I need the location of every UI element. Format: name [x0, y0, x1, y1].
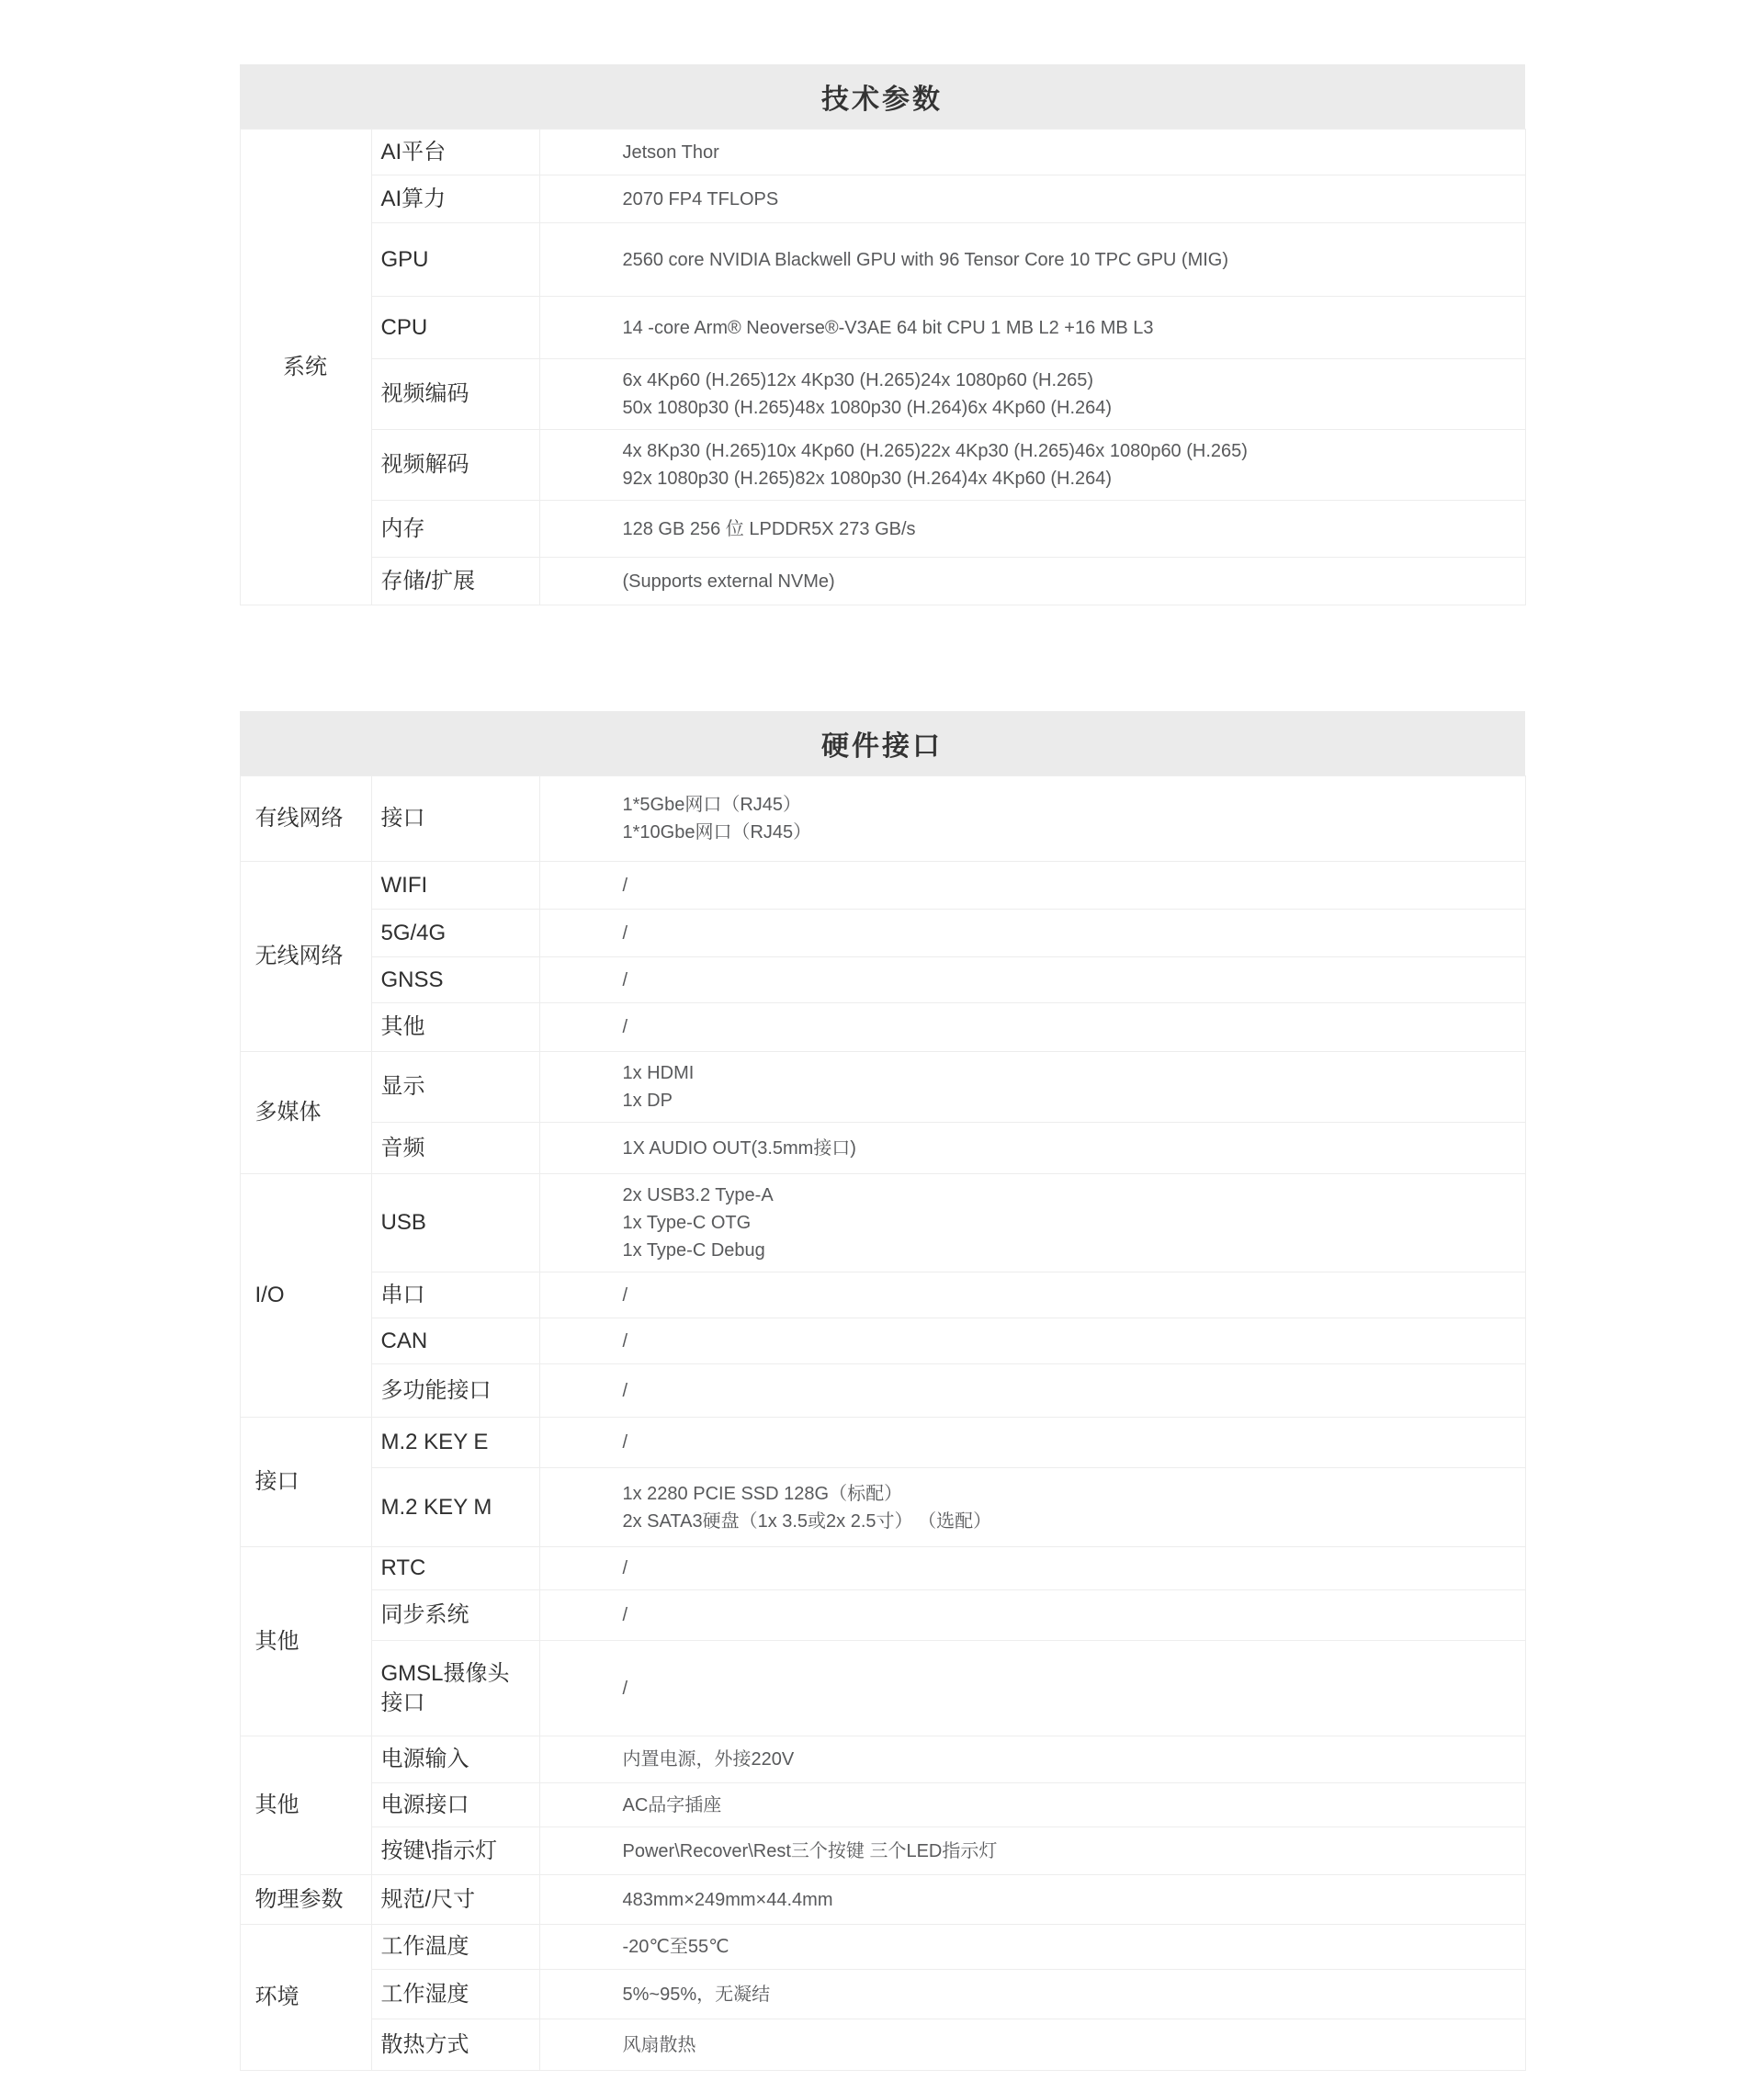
- spec-label-sync-system: 同步系统: [371, 1590, 539, 1641]
- spec-label-dimensions: 规范/尺寸: [371, 1875, 539, 1925]
- spec-label-operating-humidity: 工作湿度: [371, 1970, 539, 2019]
- spec-label-multifunction-port: 多功能接口: [371, 1364, 539, 1418]
- table-row: 按键\指示灯 Power\Recover\Rest三个按键 三个LED指示灯: [240, 1827, 1525, 1875]
- spec-value-power-input: 内置电源，外接220V: [539, 1736, 1525, 1783]
- spec-label-memory: 内存: [371, 501, 539, 558]
- spec-value-video-encode: 6x 4Kp60 (H.265)12x 4Kp30 (H.265)24x 108…: [539, 359, 1525, 430]
- table-row: GMSL摄像头 接口 /: [240, 1641, 1525, 1736]
- category-cell-environment: 环境: [240, 1925, 371, 2071]
- spec-label-gpu: GPU: [371, 223, 539, 297]
- section-gap: [240, 605, 1525, 711]
- table-row: 同步系统 /: [240, 1590, 1525, 1641]
- category-cell-other-2: 其他: [240, 1736, 371, 1875]
- table-row: 有线网络 接口 1*5Gbe网口（RJ45） 1*10Gbe网口（RJ45）: [240, 776, 1525, 862]
- table-row: CPU 14 -core Arm® Neoverse®-V3AE 64 bit …: [240, 297, 1525, 359]
- spec-value-cpu: 14 -core Arm® Neoverse®-V3AE 64 bit CPU …: [539, 297, 1525, 359]
- spec-value-ai-platform: Jetson Thor: [539, 130, 1525, 175]
- spec-label-gmsl-camera: GMSL摄像头 接口: [371, 1641, 539, 1736]
- table-row: 无线网络 WIFI /: [240, 862, 1525, 910]
- spec-label-wireless-other: 其他: [371, 1003, 539, 1052]
- spec-value-cooling: 风扇散热: [539, 2019, 1525, 2071]
- technical-parameters-grid: 系统 AI平台 Jetson Thor AI算力 2070 FP4 TFLOPS…: [240, 129, 1526, 605]
- technical-parameters-title: 技术参数: [240, 64, 1525, 129]
- spec-label-power-connector: 电源接口: [371, 1783, 539, 1827]
- spec-label-rtc: RTC: [371, 1547, 539, 1590]
- spec-value-m2-key-m: 1x 2280 PCIE SSD 128G（标配） 2x SATA3硬盘（1x …: [539, 1468, 1525, 1547]
- table-row: 其他 /: [240, 1003, 1525, 1052]
- table-row: 内存 128 GB 256 位 LPDDR5X 273 GB/s: [240, 501, 1525, 558]
- spec-label-ai-platform: AI平台: [371, 130, 539, 175]
- table-row: 视频编码 6x 4Kp60 (H.265)12x 4Kp30 (H.265)24…: [240, 359, 1525, 430]
- spec-label-5g4g: 5G/4G: [371, 910, 539, 957]
- spec-label-buttons-leds: 按键\指示灯: [371, 1827, 539, 1875]
- spec-label-m2-key-e: M.2 KEY E: [371, 1418, 539, 1468]
- category-cell-interfaces: 接口: [240, 1418, 371, 1547]
- hardware-interfaces-title: 硬件接口: [240, 711, 1525, 775]
- spec-label-power-input: 电源输入: [371, 1736, 539, 1783]
- table-row: CAN /: [240, 1318, 1525, 1364]
- spec-label-wired-ports: 接口: [371, 776, 539, 862]
- category-cell-wireless-network: 无线网络: [240, 862, 371, 1052]
- spec-value-memory: 128 GB 256 位 LPDDR5X 273 GB/s: [539, 501, 1525, 558]
- table-row: M.2 KEY M 1x 2280 PCIE SSD 128G（标配） 2x S…: [240, 1468, 1525, 1547]
- table-row: 存储/扩展 (Supports external NVMe): [240, 558, 1525, 605]
- spec-label-usb: USB: [371, 1174, 539, 1272]
- table-row: 物理参数 规范/尺寸 483mm×249mm×44.4mm: [240, 1875, 1525, 1925]
- spec-value-5g4g: /: [539, 910, 1525, 957]
- spec-value-rtc: /: [539, 1547, 1525, 1590]
- spec-label-m2-key-m: M.2 KEY M: [371, 1468, 539, 1547]
- spec-value-wireless-other: /: [539, 1003, 1525, 1052]
- spec-value-ai-compute: 2070 FP4 TFLOPS: [539, 175, 1525, 223]
- table-row: 环境 工作温度 -20℃至55℃: [240, 1925, 1525, 1970]
- table-row: 电源接口 AC品字插座: [240, 1783, 1525, 1827]
- spec-value-gpu: 2560 core NVIDIA Blackwell GPU with 96 T…: [539, 223, 1525, 297]
- spec-value-wired-ports: 1*5Gbe网口（RJ45） 1*10Gbe网口（RJ45）: [539, 776, 1525, 862]
- category-cell-other-1: 其他: [240, 1547, 371, 1736]
- spec-value-m2-key-e: /: [539, 1418, 1525, 1468]
- table-row: 视频解码 4x 8Kp30 (H.265)10x 4Kp60 (H.265)22…: [240, 430, 1525, 501]
- spec-label-video-encode: 视频编码: [371, 359, 539, 430]
- spec-label-serial: 串口: [371, 1272, 539, 1318]
- spec-value-sync-system: /: [539, 1590, 1525, 1641]
- spec-value-dimensions: 483mm×249mm×44.4mm: [539, 1875, 1525, 1925]
- spec-label-ai-compute: AI算力: [371, 175, 539, 223]
- category-cell-io: I/O: [240, 1174, 371, 1418]
- spec-label-cpu: CPU: [371, 297, 539, 359]
- spec-label-gnss: GNSS: [371, 957, 539, 1003]
- spec-value-audio: 1X AUDIO OUT(3.5mm接口): [539, 1123, 1525, 1174]
- table-row: 多媒体 显示 1x HDMI 1x DP: [240, 1052, 1525, 1123]
- spec-value-video-decode: 4x 8Kp30 (H.265)10x 4Kp60 (H.265)22x 4Kp…: [539, 430, 1525, 501]
- spec-value-operating-temperature: -20℃至55℃: [539, 1925, 1525, 1970]
- table-row: 散热方式 风扇散热: [240, 2019, 1525, 2071]
- hardware-interfaces-table: 硬件接口 有线网络 接口 1*5Gbe网口（RJ45） 1*10Gbe网口（RJ…: [240, 711, 1525, 2071]
- table-row: 其他 RTC /: [240, 1547, 1525, 1590]
- table-row: 接口 M.2 KEY E /: [240, 1418, 1525, 1468]
- table-row: GNSS /: [240, 957, 1525, 1003]
- spec-label-operating-temperature: 工作温度: [371, 1925, 539, 1970]
- table-row: 其他 电源输入 内置电源，外接220V: [240, 1736, 1525, 1783]
- spec-value-storage: (Supports external NVMe): [539, 558, 1525, 605]
- spec-value-gmsl-camera: /: [539, 1641, 1525, 1736]
- spec-label-can: CAN: [371, 1318, 539, 1364]
- hardware-interfaces-grid: 有线网络 接口 1*5Gbe网口（RJ45） 1*10Gbe网口（RJ45） 无…: [240, 775, 1526, 2071]
- technical-parameters-table: 技术参数 系统 AI平台 Jetson Thor AI算力 2070 FP4 T…: [240, 64, 1525, 605]
- spec-value-operating-humidity: 5%~95%，无凝结: [539, 1970, 1525, 2019]
- spec-value-gnss: /: [539, 957, 1525, 1003]
- spec-label-video-decode: 视频解码: [371, 430, 539, 501]
- category-cell-physical: 物理参数: [240, 1875, 371, 1925]
- table-row: 工作湿度 5%~95%，无凝结: [240, 1970, 1525, 2019]
- table-row: 系统 AI平台 Jetson Thor: [240, 130, 1525, 175]
- table-row: I/O USB 2x USB3.2 Type-A 1x Type-C OTG 1…: [240, 1174, 1525, 1272]
- spec-label-wifi: WIFI: [371, 862, 539, 910]
- table-row: 串口 /: [240, 1272, 1525, 1318]
- category-cell-multimedia: 多媒体: [240, 1052, 371, 1174]
- spec-label-cooling: 散热方式: [371, 2019, 539, 2071]
- page-content: 技术参数 系统 AI平台 Jetson Thor AI算力 2070 FP4 T…: [240, 0, 1525, 2071]
- spec-value-usb: 2x USB3.2 Type-A 1x Type-C OTG 1x Type-C…: [539, 1174, 1525, 1272]
- spec-value-power-connector: AC品字插座: [539, 1783, 1525, 1827]
- table-row: GPU 2560 core NVIDIA Blackwell GPU with …: [240, 223, 1525, 297]
- table-row: AI算力 2070 FP4 TFLOPS: [240, 175, 1525, 223]
- table-row: 音频 1X AUDIO OUT(3.5mm接口): [240, 1123, 1525, 1174]
- spec-label-storage: 存储/扩展: [371, 558, 539, 605]
- spec-value-buttons-leds: Power\Recover\Rest三个按键 三个LED指示灯: [539, 1827, 1525, 1875]
- table-row: 多功能接口 /: [240, 1364, 1525, 1418]
- spec-label-audio: 音频: [371, 1123, 539, 1174]
- spec-value-wifi: /: [539, 862, 1525, 910]
- table-row: 5G/4G /: [240, 910, 1525, 957]
- category-cell-system: 系统: [240, 130, 371, 605]
- spec-value-can: /: [539, 1318, 1525, 1364]
- spec-value-serial: /: [539, 1272, 1525, 1318]
- category-cell-wired-network: 有线网络: [240, 776, 371, 862]
- spec-value-multifunction-port: /: [539, 1364, 1525, 1418]
- spec-value-display: 1x HDMI 1x DP: [539, 1052, 1525, 1123]
- spec-label-display: 显示: [371, 1052, 539, 1123]
